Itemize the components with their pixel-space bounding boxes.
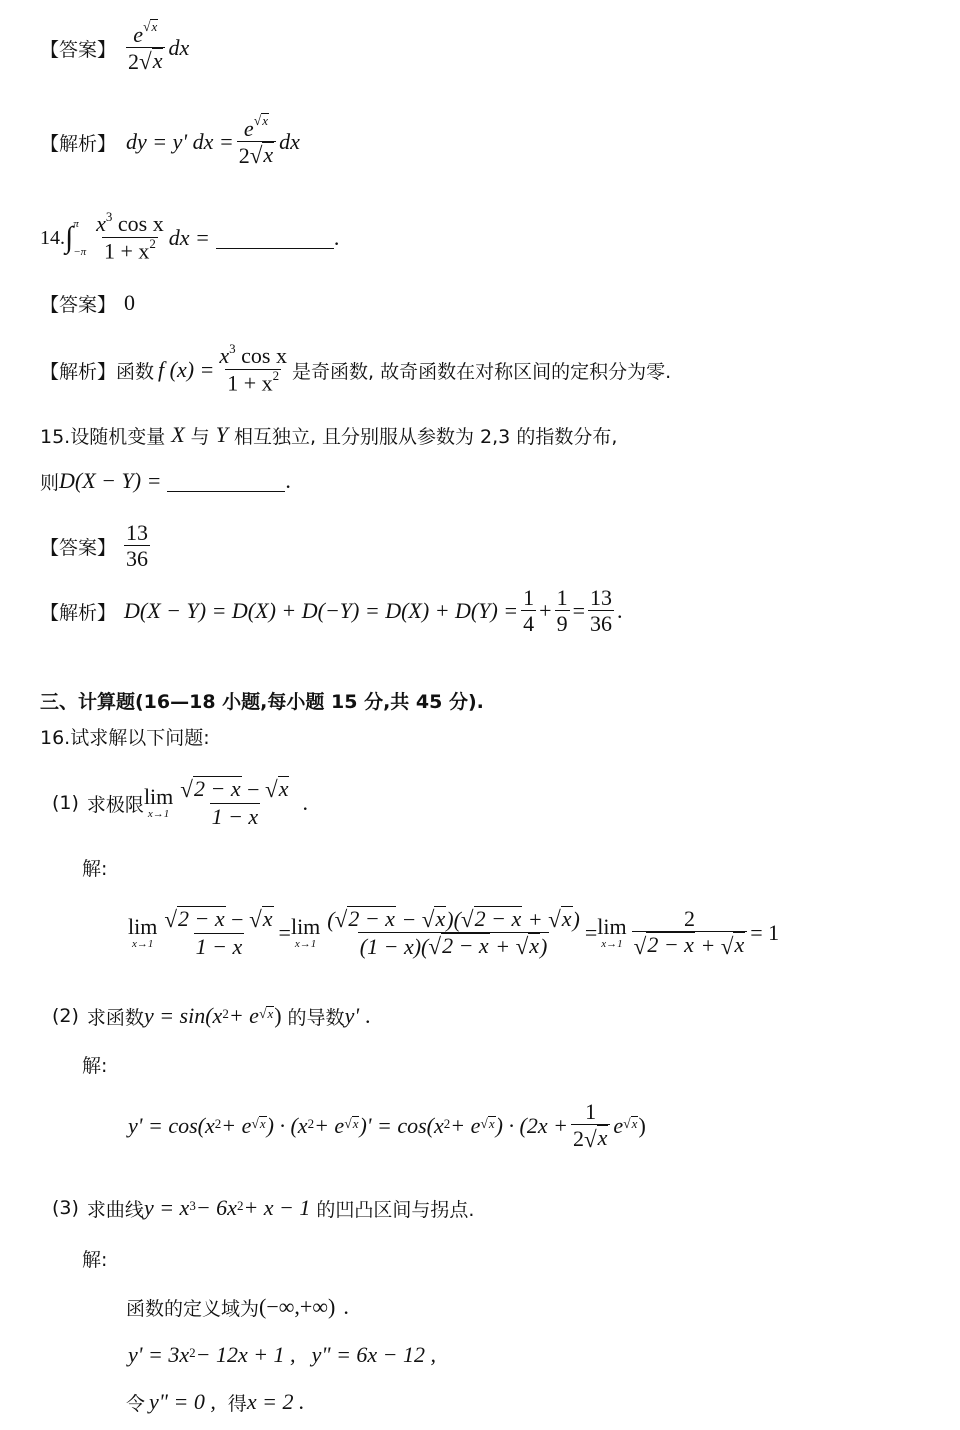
analysis-fraction: e√x 2√x [237, 115, 276, 170]
limit-operator: limx→1 [144, 786, 173, 820]
step1-fraction: √2 − x − √x 1 − x [162, 906, 275, 960]
question-number: 14. [40, 227, 65, 250]
odd-function-fraction: x3 cos x 1 + x2 [217, 343, 289, 396]
answer-blank [216, 228, 334, 249]
q14-analysis: 【解析】 函数 f (x) = x3 cos x 1 + x2 是奇函数, 故奇… [40, 340, 671, 400]
fraction-one-fourth: 14 [521, 585, 536, 638]
q14-question: 14. ∫ π−π x3 cos x 1 + x2 dx = . [40, 208, 339, 268]
solve-label: 解: [82, 1244, 107, 1272]
q15-analysis: 【解析】 D(X − Y) = D(X) + D(−Y) = D(X) + D(… [40, 580, 623, 642]
q15-answer: 【答案】 13 36 [40, 515, 153, 577]
answer-label: 【答案】 [40, 35, 116, 62]
answer-label: 【答案】 [40, 290, 116, 317]
q15-stem-blank: 则 D(X − Y) = . [40, 466, 291, 496]
limit-operator: limx→1 [128, 916, 157, 950]
integrand-fraction: x3 cos x 1 + x2 [94, 211, 166, 264]
critical-point-line: 令 y" = 0 , 得 x = 2 . [126, 1387, 305, 1417]
limit-operator: limx→1 [291, 916, 320, 950]
q16-part1: (1) 求极限 limx→1 √2 − x − √x 1 − x . [52, 772, 308, 834]
answer-fraction: e√x 2√x [126, 21, 165, 76]
answer-label: 【答案】 [40, 533, 116, 560]
section-heading: 三、计算题(16—18 小题,每小题 15 分,共 45 分). [40, 686, 484, 714]
analysis-label: 【解析】 [40, 598, 116, 625]
answer-blank [167, 471, 285, 492]
q16-stem: 16.试求解以下问题: [40, 722, 210, 750]
solve-label: 解: [82, 853, 107, 881]
derivatives-line: y' = 3x2 − 12x + 1 , y" = 6x − 12 , [128, 1340, 436, 1370]
q16-part2-solution: y' = cos(x2 + e√x ) · (x2 + e√x )' = cos… [128, 1096, 646, 1156]
limit-fraction: √2 − x − √x 1 − x [178, 776, 291, 830]
analysis-lhs: dy = y' dx = [126, 129, 234, 155]
q16-part2: (2) 求函数 y = sin(x2 + e√x ) 的导数 y' . [52, 1000, 371, 1032]
q13-answer: 【答案】 e√x 2√x dx [40, 18, 189, 78]
answer-value: 0 [124, 290, 135, 316]
q13-analysis: 【解析】 dy = y' dx = e√x 2√x dx [40, 112, 300, 172]
integral-sign: ∫ π−π [65, 218, 86, 258]
differential: dx [168, 35, 189, 61]
fraction-result: 1336 [588, 585, 614, 638]
answer-fraction: 13 36 [124, 520, 150, 573]
q16-part1-solution: limx→1 √2 − x − √x 1 − x = limx→1 (√2 − … [128, 898, 779, 968]
domain-line: 函数的定义域为 (−∞,+∞) . [126, 1292, 349, 1322]
solve-label: 解: [82, 1050, 107, 1078]
q16-part3: (3) 求曲线 y = x3 − 6x2 + x − 1 的凹凸区间与拐点. [52, 1192, 474, 1224]
derivative-fraction: 1 2√x [571, 1099, 610, 1153]
step2-fraction: (√2 − x − √x)(√2 − x + √x) (1 − x)(√2 − … [325, 906, 582, 961]
q14-answer: 【答案】 0 [40, 288, 135, 318]
fraction-one-ninth: 19 [555, 585, 570, 638]
step3-fraction: 2 √2 − x + √x [632, 906, 748, 960]
analysis-label: 【解析】 [40, 357, 116, 384]
q15-stem: 15.设随机变量 X 与 Y 相互独立, 且分别服从参数为 2,3 的指数分布, [40, 420, 617, 450]
limit-operator: limx→1 [597, 916, 626, 950]
analysis-label: 【解析】 [40, 129, 116, 156]
